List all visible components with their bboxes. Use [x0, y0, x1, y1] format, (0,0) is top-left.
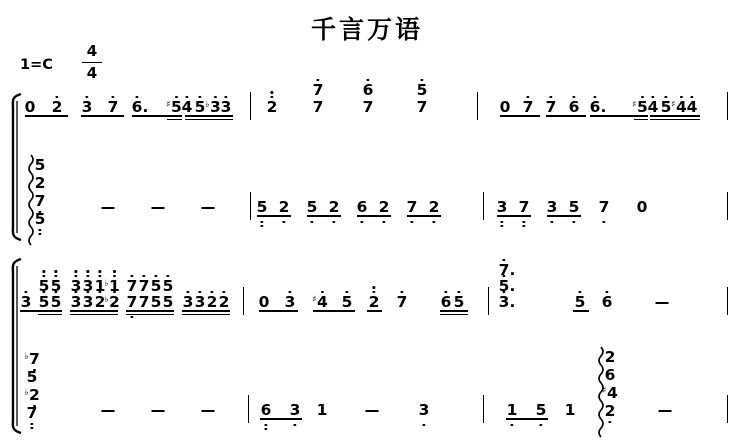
beam-underline: [407, 215, 441, 217]
sustain-dash: [202, 410, 215, 413]
note-digit: 5: [342, 295, 353, 311]
octave-dots-above: [211, 291, 214, 294]
octave-dots-above: [199, 96, 202, 99]
note-digit: 3: [83, 295, 94, 311]
note-digit: 7: [546, 100, 557, 116]
note-digit: 2: [329, 200, 340, 216]
note-digit: 2: [29, 388, 40, 404]
jianpu-note: 5: [575, 295, 586, 311]
octave-dots-above: [401, 291, 404, 294]
jianpu-note: 7: [417, 100, 428, 116]
note-digit: 5: [307, 200, 318, 216]
note-digit: 3: [21, 295, 32, 311]
note-digit: 6: [132, 100, 143, 116]
jianpu-note: 3.: [499, 295, 516, 311]
jianpu-note: 4: [687, 100, 698, 116]
barline: [488, 287, 489, 315]
jianpu-note: 7: [127, 279, 138, 295]
jianpu-note: 5: [35, 212, 46, 228]
jianpu-note: 7: [139, 295, 150, 311]
jianpu-note: 3: [547, 200, 558, 216]
octave-dots-below: [31, 423, 34, 430]
sustain-dash: [102, 207, 115, 210]
octave-dots-above: [665, 96, 668, 99]
beam-underline: [307, 215, 341, 217]
note-digit: 7: [139, 279, 150, 295]
note-digit: 2: [605, 350, 616, 366]
beam-underline: [440, 310, 468, 312]
octave-dots-below: [423, 424, 426, 427]
octave-dots-above: [99, 270, 102, 277]
jianpu-note: 7: [599, 200, 610, 216]
note-digit: 5: [163, 295, 174, 311]
octave-dots-below: [523, 221, 526, 228]
note-digit: 6: [363, 83, 374, 99]
beam-underline: [126, 310, 174, 312]
flat-accidental: ♭: [24, 388, 28, 398]
jianpu-note: 5: [151, 279, 162, 295]
jianpu-note: 5: [257, 200, 268, 216]
beam-underline: [650, 119, 700, 121]
jianpu-note: 5: [151, 295, 162, 311]
note-digit: 0: [500, 100, 511, 116]
beam-underline: [357, 215, 391, 217]
octave-dots-above: [321, 291, 324, 294]
note-digit: 3: [71, 279, 82, 295]
note-digit: 5: [151, 279, 162, 295]
note-digit: 2: [219, 295, 230, 311]
barline: [477, 92, 478, 120]
sharp-accidental: ♯: [166, 100, 170, 110]
jianpu-note: 7: [127, 295, 138, 311]
flat-accidental: ♭: [104, 279, 108, 289]
beam-underline: [182, 314, 230, 316]
note-digit: 5: [51, 279, 62, 295]
jianpu-note: 5: [195, 100, 206, 116]
octave-dots-above: [214, 96, 217, 99]
note-digit: 5: [454, 295, 465, 311]
octave-dots-above: [691, 96, 694, 99]
sustain-dash: [656, 302, 669, 305]
note-digit: 3: [497, 200, 508, 216]
jianpu-note: ♯5: [166, 100, 182, 116]
beam-underline: [132, 115, 182, 117]
jianpu-note: ♭3: [205, 100, 221, 116]
octave-dots-above: [579, 291, 582, 294]
jianpu-note: 3: [183, 295, 194, 311]
note-digit: 7: [523, 100, 534, 116]
note-digit: 7: [363, 100, 374, 116]
jianpu-note: 7: [519, 200, 530, 216]
jianpu-note: 5: [35, 158, 46, 174]
jianpu-note: 3: [497, 200, 508, 216]
beam-underline: [257, 215, 291, 217]
beam-underline: [500, 115, 540, 117]
jianpu-note: 5: [163, 295, 174, 311]
jianpu-note: 2: [219, 295, 230, 311]
arpeggio-wavy-line: [26, 155, 36, 231]
beam-underline: [70, 314, 118, 316]
beam-underline: [260, 418, 302, 420]
note-digit: 7: [35, 194, 46, 210]
system-brace: [7, 258, 25, 434]
note-digit: 3: [221, 100, 232, 116]
flat-accidental: ♭: [205, 100, 209, 110]
note-digit: 4: [687, 100, 698, 116]
jianpu-note: 3: [285, 295, 296, 311]
octave-dots-above: [112, 96, 115, 99]
octave-dots-above: [373, 286, 376, 293]
jianpu-note: 5: [536, 403, 547, 419]
note-digit: 5: [51, 295, 62, 311]
octave-dots-below: [333, 221, 336, 224]
octave-dots-above: [594, 96, 597, 99]
note-digit: 2: [109, 295, 120, 311]
jianpu-note: 5: [307, 200, 318, 216]
note-digit: 4: [182, 100, 193, 116]
beam-underline: [38, 314, 62, 316]
octave-dots-below: [609, 421, 612, 424]
beam-underline: [185, 119, 233, 121]
jianpu-note: 7: [546, 100, 557, 116]
beam-underline: [590, 115, 648, 117]
jianpu-note: 5: [51, 279, 62, 295]
jianpu-note: 7: [139, 279, 150, 295]
sustain-dash: [659, 410, 672, 413]
jianpu-note: 5: [39, 279, 50, 295]
note-digit: 1: [109, 279, 120, 295]
octave-dots-below: [283, 221, 286, 224]
jianpu-note: 5: [27, 370, 38, 386]
jianpu-note: 2: [52, 100, 63, 116]
beam-underline: [497, 215, 531, 217]
augmentation-dot: .: [600, 98, 606, 116]
note-digit: 3: [547, 200, 558, 216]
jianpu-note: 7: [313, 83, 324, 99]
note-digit: 2: [379, 200, 390, 216]
note-digit: 7: [127, 279, 138, 295]
jianpu-note: 3: [221, 100, 232, 116]
jianpu-note: ♭2: [24, 388, 40, 404]
jianpu-note: 3: [21, 295, 32, 311]
jianpu-note: 2: [379, 200, 390, 216]
octave-dots-above: [289, 291, 292, 294]
octave-dots-above: [155, 275, 158, 278]
note-digit: 7: [599, 200, 610, 216]
octave-dots-below: [361, 221, 364, 224]
sharp-accidental: ♯: [312, 295, 316, 305]
note-digit: 3: [195, 295, 206, 311]
octave-dots-above: [652, 96, 655, 99]
jianpu-note: 3: [83, 279, 94, 295]
note-digit: 2: [429, 200, 440, 216]
note-digit: 2: [35, 176, 46, 192]
note-digit: 6: [261, 403, 272, 419]
note-digit: 6: [357, 200, 368, 216]
beam-underline: [20, 310, 62, 312]
octave-dots-above: [186, 96, 189, 99]
octave-dots-below: [261, 221, 264, 228]
jianpu-note: 3: [83, 295, 94, 311]
jianpu-note: 5: [163, 279, 174, 295]
note-digit: 1: [565, 403, 576, 419]
octave-dots-below: [294, 424, 297, 427]
jianpu-note: 4: [648, 100, 659, 116]
note-digit: 0: [259, 295, 270, 311]
note-digit: 3: [183, 295, 194, 311]
jianpu-note: 0: [25, 100, 36, 116]
note-digit: 2: [605, 404, 616, 420]
jianpu-note: ♭1: [104, 279, 120, 295]
jianpu-note: 7: [35, 194, 46, 210]
octave-dots-above: [43, 270, 46, 277]
octave-dots-above: [225, 96, 228, 99]
note-digit: 5: [417, 83, 428, 99]
jianpu-note: 5: [39, 295, 50, 311]
beam-underline: [367, 310, 382, 312]
octave-dots-above: [187, 291, 190, 294]
jianpu-note: 2: [429, 200, 440, 216]
jianpu-note: 6: [605, 368, 616, 384]
note-digit: 5: [27, 370, 38, 386]
note-digit: 5: [171, 100, 182, 116]
note-digit: 6: [590, 100, 601, 116]
sustain-dash: [102, 410, 115, 413]
jianpu-note: 0: [637, 200, 648, 216]
beam-underline: [81, 115, 124, 117]
note-digit: 3: [419, 403, 430, 419]
note-digit: 3: [290, 403, 301, 419]
note-digit: 3: [499, 295, 510, 311]
note-digit: 5: [39, 295, 50, 311]
barline: [248, 395, 249, 423]
jianpu-note: 3: [71, 279, 82, 295]
note-digit: 4: [648, 100, 659, 116]
jianpu-note: 2: [605, 350, 616, 366]
octave-dots-above: [56, 96, 59, 99]
note-digit: 5: [536, 403, 547, 419]
beam-underline: [126, 314, 174, 316]
note-digit: 4: [317, 295, 328, 311]
barline: [250, 92, 251, 120]
octave-dots-below: [131, 316, 134, 319]
octave-dots-above: [680, 96, 683, 99]
octave-dots-above: [317, 79, 320, 82]
octave-dots-below: [311, 221, 314, 224]
octave-dots-above: [503, 291, 506, 294]
octave-dots-above: [503, 259, 506, 262]
octave-dots-above: [113, 270, 116, 277]
barline: [727, 192, 728, 220]
arpeggio-wavy-line: [596, 347, 606, 423]
note-digit: 7: [519, 200, 530, 216]
barline: [727, 92, 728, 120]
jianpu-note: 6: [441, 295, 452, 311]
jianpu-note: 0: [500, 100, 511, 116]
note-digit: 6: [441, 295, 452, 311]
note-digit: 5: [575, 295, 586, 311]
beam-underline: [547, 215, 581, 217]
jianpu-note: 1: [317, 403, 328, 419]
note-digit: 5: [257, 200, 268, 216]
jianpu-note: 2: [329, 200, 340, 216]
sustain-dash: [152, 410, 165, 413]
note-digit: 7: [29, 352, 40, 368]
note-digit: 7: [108, 100, 119, 116]
octave-dots-above: [55, 270, 58, 277]
octave-dots-below: [551, 221, 554, 224]
note-digit: 4: [676, 100, 687, 116]
note-digit: 3: [71, 295, 82, 311]
beam-underline: [506, 418, 548, 420]
jianpu-note: ♯4: [312, 295, 328, 311]
note-digit: 3: [82, 100, 93, 116]
beam-underline: [546, 115, 586, 117]
octave-dots-above: [87, 270, 90, 277]
jianpu-note: 3: [82, 100, 93, 116]
octave-dots-below: [411, 221, 414, 224]
jianpu-note: 5: [661, 100, 672, 116]
octave-dots-above: [75, 270, 78, 277]
barline: [727, 287, 728, 315]
jianpu-note: 2: [369, 295, 380, 311]
jianpu-note: 3: [290, 403, 301, 419]
augmentation-dot: .: [509, 293, 515, 311]
sustain-dash: [366, 410, 379, 413]
jianpu-note: 1: [507, 403, 518, 419]
octave-dots-above: [458, 291, 461, 294]
jianpu-note: 6: [363, 83, 374, 99]
note-digit: 5: [661, 100, 672, 116]
beam-underline: [182, 310, 230, 312]
note-digit: 5: [569, 200, 580, 216]
note-digit: 7: [407, 200, 418, 216]
jianpu-note: 7: [397, 295, 408, 311]
octave-dots-above: [167, 275, 170, 278]
note-digit: 3: [210, 100, 221, 116]
note-digit: 7: [397, 295, 408, 311]
octave-dots-above: [573, 96, 576, 99]
jianpu-note: 3: [71, 295, 82, 311]
note-digit: 5: [637, 100, 648, 116]
note-digit: 2: [279, 200, 290, 216]
octave-dots-above: [199, 291, 202, 294]
jianpu-note: 5: [342, 295, 353, 311]
barline: [250, 192, 251, 220]
sheet-music-page: 千言万语 1=C 4 4 02376.♯545♭33277675707766.♯…: [0, 0, 734, 444]
beam-underline: [25, 115, 68, 117]
note-digit: 6: [605, 368, 616, 384]
jianpu-note: 6.: [132, 100, 149, 116]
note-digit: 7: [127, 295, 138, 311]
barline: [727, 395, 728, 423]
jianpu-note: 5: [454, 295, 465, 311]
octave-dots-below: [603, 221, 606, 224]
jianpu-note: 6.: [590, 100, 607, 116]
beam-underline: [634, 119, 648, 121]
octave-dots-above: [527, 96, 530, 99]
octave-dots-above: [606, 291, 609, 294]
octave-dots-above: [421, 79, 424, 82]
note-digit: 7: [313, 100, 324, 116]
jianpu-note: ♯4: [671, 100, 687, 116]
jianpu-note: 6: [602, 295, 613, 311]
note-digit: 5: [163, 279, 174, 295]
sustain-dash: [202, 207, 215, 210]
jianpu-note: 6: [357, 200, 368, 216]
note-digit: 7: [417, 100, 428, 116]
beam-underline: [313, 310, 355, 312]
sharp-accidental: ♯: [632, 100, 636, 110]
octave-dots-below: [383, 221, 386, 224]
jianpu-note: 0: [259, 295, 270, 311]
note-digit: 3: [285, 295, 296, 311]
beam-underline: [185, 115, 233, 117]
note-digit: 5: [151, 295, 162, 311]
beam-underline: [573, 310, 589, 312]
note-digit: 4: [607, 386, 618, 402]
octave-dots-above: [136, 96, 139, 99]
octave-dots-above: [445, 291, 448, 294]
note-digit: 3: [83, 279, 94, 295]
note-digit: 0: [637, 200, 648, 216]
jianpu-note: 2: [267, 100, 278, 116]
jianpu-note: 5: [51, 295, 62, 311]
octave-dots-above: [25, 291, 28, 294]
octave-dots-above: [131, 275, 134, 278]
flat-accidental: ♭: [104, 295, 108, 305]
jianpu-note: 3: [419, 403, 430, 419]
jianpu-note: 6: [569, 100, 580, 116]
octave-dots-above: [367, 79, 370, 82]
note-digit: 2: [52, 100, 63, 116]
jianpu-note: 7: [108, 100, 119, 116]
octave-dots-above: [503, 275, 506, 278]
barline: [483, 192, 484, 220]
note-digit: 5: [39, 279, 50, 295]
jianpu-note: 7: [407, 200, 418, 216]
note-digit: 1: [507, 403, 518, 419]
jianpu-note: 2: [35, 176, 46, 192]
jianpu-note: 7: [363, 100, 374, 116]
jianpu-note: 3: [195, 295, 206, 311]
augmentation-dot: .: [142, 98, 148, 116]
jianpu-note: ♯5: [632, 100, 648, 116]
system-brace: [7, 93, 25, 241]
jianpu-note: ♭2: [104, 295, 120, 311]
note-digit: 6: [602, 295, 613, 311]
octave-dots-below: [511, 424, 514, 427]
octave-dots-above: [346, 291, 349, 294]
octave-dots-below: [265, 424, 268, 431]
note-digit: 6: [569, 100, 580, 116]
jianpu-note: 5: [417, 83, 428, 99]
octave-dots-above: [271, 91, 274, 98]
note-digit: 5: [35, 158, 46, 174]
octave-dots-below: [433, 221, 436, 224]
barline: [243, 287, 244, 315]
octave-dots-below: [501, 221, 504, 228]
note-digit: 7: [313, 83, 324, 99]
note-digit: 2: [267, 100, 278, 116]
jianpu-note: 6: [261, 403, 272, 419]
barline: [483, 395, 484, 423]
jianpu-note: 4: [182, 100, 193, 116]
octave-dots-above: [86, 96, 89, 99]
score-canvas: 02376.♯545♭33277675707766.♯545♯445275525…: [0, 0, 734, 444]
beam-underline: [70, 310, 118, 312]
jianpu-note: 2: [207, 295, 218, 311]
